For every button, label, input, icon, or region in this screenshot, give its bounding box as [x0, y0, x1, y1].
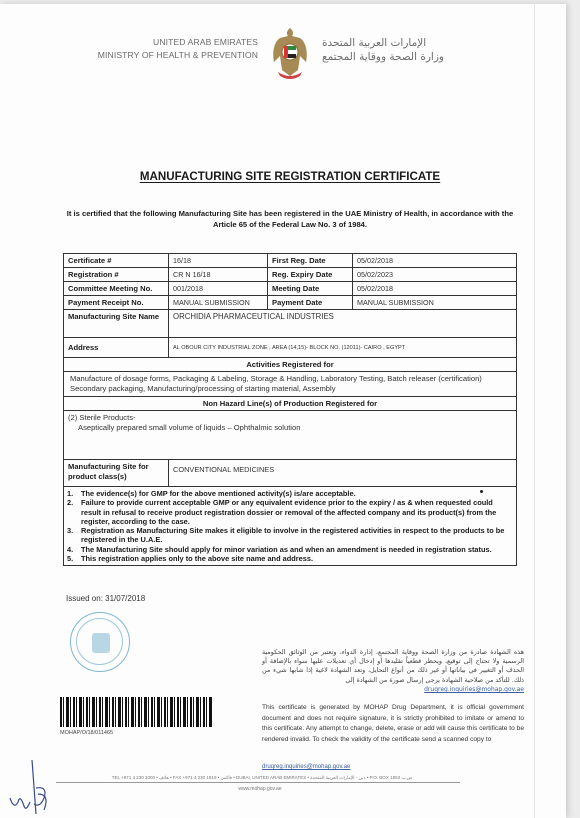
note-text: Registration as Manufacturing Site makes…	[81, 526, 513, 545]
certificate-title: MANUFACTURING SITE REGISTRATION CERTIFIC…	[0, 170, 580, 183]
production-lines-body: (2) Sterile Products- Aseptically prepar…	[64, 411, 516, 459]
production-category: (2) Sterile Products-	[68, 413, 512, 423]
payment-date-value: MANUAL SUBMISSION	[353, 296, 516, 309]
ministry-seal-icon	[70, 612, 130, 672]
meeting-date-value: 05/02/2018	[353, 282, 516, 295]
payment-date-label: Payment Date	[268, 296, 353, 309]
expiry-label: Reg. Expiry Date	[268, 268, 353, 281]
handwritten-signature-icon	[4, 758, 54, 818]
table-row: Address AL OBOUR CITY INDUSTRIAL ZONE , …	[64, 338, 516, 358]
first-reg-value: 05/02/2018	[353, 254, 516, 267]
country-name-ar: الإمارات العربية المتحدة	[322, 36, 444, 50]
activities-heading: Activities Registered for	[64, 358, 516, 371]
registration-details-table: Certificate # 16/18 First Reg. Date 05/0…	[63, 253, 517, 566]
note-item: 3.Registration as Manufacturing Site mak…	[67, 526, 513, 545]
note-text: The evidence(s) for GMP for the above me…	[81, 489, 356, 498]
production-heading-row: Non Hazard Line(s) of Production Registe…	[64, 397, 516, 411]
seal-emblem	[92, 633, 110, 653]
stray-mark	[480, 490, 483, 493]
note-item: 4.The Manufacturing Site should apply fo…	[67, 545, 513, 554]
barcode	[60, 697, 213, 727]
note-number: 1.	[67, 489, 81, 498]
address-label: Address	[64, 338, 169, 357]
receipt-value: MANUAL SUBMISSION	[169, 296, 268, 309]
note-number: 3.	[67, 526, 81, 545]
expiry-value: 05/02/2023	[353, 268, 516, 281]
disclaimer-arabic-text: هذه الشهادة صادرة من وزارة الصحة ووقاية …	[262, 648, 524, 684]
footer-divider	[56, 782, 460, 783]
notes-list: 1.The evidence(s) for GMP for the above …	[64, 487, 516, 565]
issued-date: Issued on: 31/07/2018	[66, 594, 145, 603]
note-item: 2.Failure to provide current acceptable …	[67, 498, 513, 526]
country-name: UNITED ARAB EMIRATES	[98, 36, 258, 49]
header-arabic: الإمارات العربية المتحدة وزارة الصحة ووق…	[322, 36, 444, 64]
notes-row: 1.The evidence(s) for GMP for the above …	[64, 487, 516, 565]
certificate-value: 16/18	[169, 254, 268, 267]
disclaimer-english: This certificate is generated by MOHAP D…	[262, 703, 524, 745]
meeting-date-label: Meeting Date	[268, 282, 353, 295]
disclaimer-arabic: هذه الشهادة صادرة من وزارة الصحة ووقاية …	[262, 648, 524, 694]
site-name-label: Manufacturing Site Name	[64, 310, 169, 337]
header-english: UNITED ARAB EMIRATES MINISTRY OF HEALTH …	[98, 36, 258, 62]
ministry-name-ar: وزارة الصحة ووقاية المجتمع	[322, 50, 444, 64]
activities-text: Manufacture of dosage forms, Packaging &…	[64, 372, 516, 396]
footer-website[interactable]: www.mohap.gov.ae	[0, 786, 520, 792]
production-row: (2) Sterile Products- Aseptically prepar…	[64, 411, 516, 460]
production-lines-heading: Non Hazard Line(s) of Production Registe…	[64, 397, 516, 410]
registration-value: CR N 16/18	[169, 268, 268, 281]
note-text: This registration applies only to the ab…	[81, 554, 313, 563]
committee-value: 001/2018	[169, 282, 268, 295]
note-text: The Manufacturing Site should apply for …	[81, 545, 492, 554]
product-class-row: Manufacturing Site for product class(s) …	[64, 460, 516, 487]
note-item: 1.The evidence(s) for GMP for the above …	[67, 489, 513, 498]
product-class-value: CONVENTIONAL MEDICINES	[169, 460, 516, 486]
certification-statement: It is certified that the following Manuf…	[62, 209, 518, 230]
table-row: Manufacturing Site Name ORCHIDIA PHARMAC…	[64, 310, 516, 338]
note-number: 5.	[67, 554, 81, 563]
table-row: Certificate # 16/18 First Reg. Date 05/0…	[64, 254, 516, 268]
ministry-name: MINISTRY OF HEALTH & PREVENTION	[98, 49, 258, 62]
site-name-value: ORCHIDIA PHARMACEUTICAL INDUSTRIES	[169, 310, 516, 337]
activities-row: Manufacture of dosage forms, Packaging &…	[64, 372, 516, 397]
table-row: Registration # CR N 16/18 Reg. Expiry Da…	[64, 268, 516, 282]
product-class-label: Manufacturing Site for product class(s)	[64, 460, 169, 486]
email-link-en[interactable]: druqreg.inquiries@mohap.gov.ae	[262, 764, 350, 770]
committee-label: Committee Meeting No.	[64, 282, 169, 295]
production-item: Aseptically prepared small volume of liq…	[68, 423, 512, 433]
footer-contact: TEL +971 4 230 1000 • هاتف • FAX +971 4 …	[66, 775, 458, 781]
table-row: Payment Receipt No. MANUAL SUBMISSION Pa…	[64, 296, 516, 310]
note-text: Failure to provide current acceptable GM…	[81, 498, 513, 526]
address-value: AL OBOUR CITY INDUSTRIAL ZONE , AREA (14…	[169, 338, 516, 357]
note-item: 5.This registration applies only to the …	[67, 554, 513, 563]
certificate-label: Certificate #	[64, 254, 169, 267]
note-number: 2.	[67, 498, 81, 526]
seal-inner-ring	[76, 618, 123, 665]
registration-label: Registration #	[64, 268, 169, 281]
email-link-ar[interactable]: druqreg.inquiries@mohap.gov.ae	[424, 685, 524, 694]
first-reg-label: First Reg. Date	[268, 254, 353, 267]
note-number: 4.	[67, 545, 81, 554]
activities-heading-row: Activities Registered for	[64, 358, 516, 372]
uae-falcon-emblem-icon	[270, 26, 310, 82]
table-row: Committee Meeting No. 001/2018 Meeting D…	[64, 282, 516, 296]
page-fold-line	[534, 4, 535, 818]
barcode-number: MOHAP/O/18/011465	[60, 730, 113, 736]
receipt-label: Payment Receipt No.	[64, 296, 169, 309]
